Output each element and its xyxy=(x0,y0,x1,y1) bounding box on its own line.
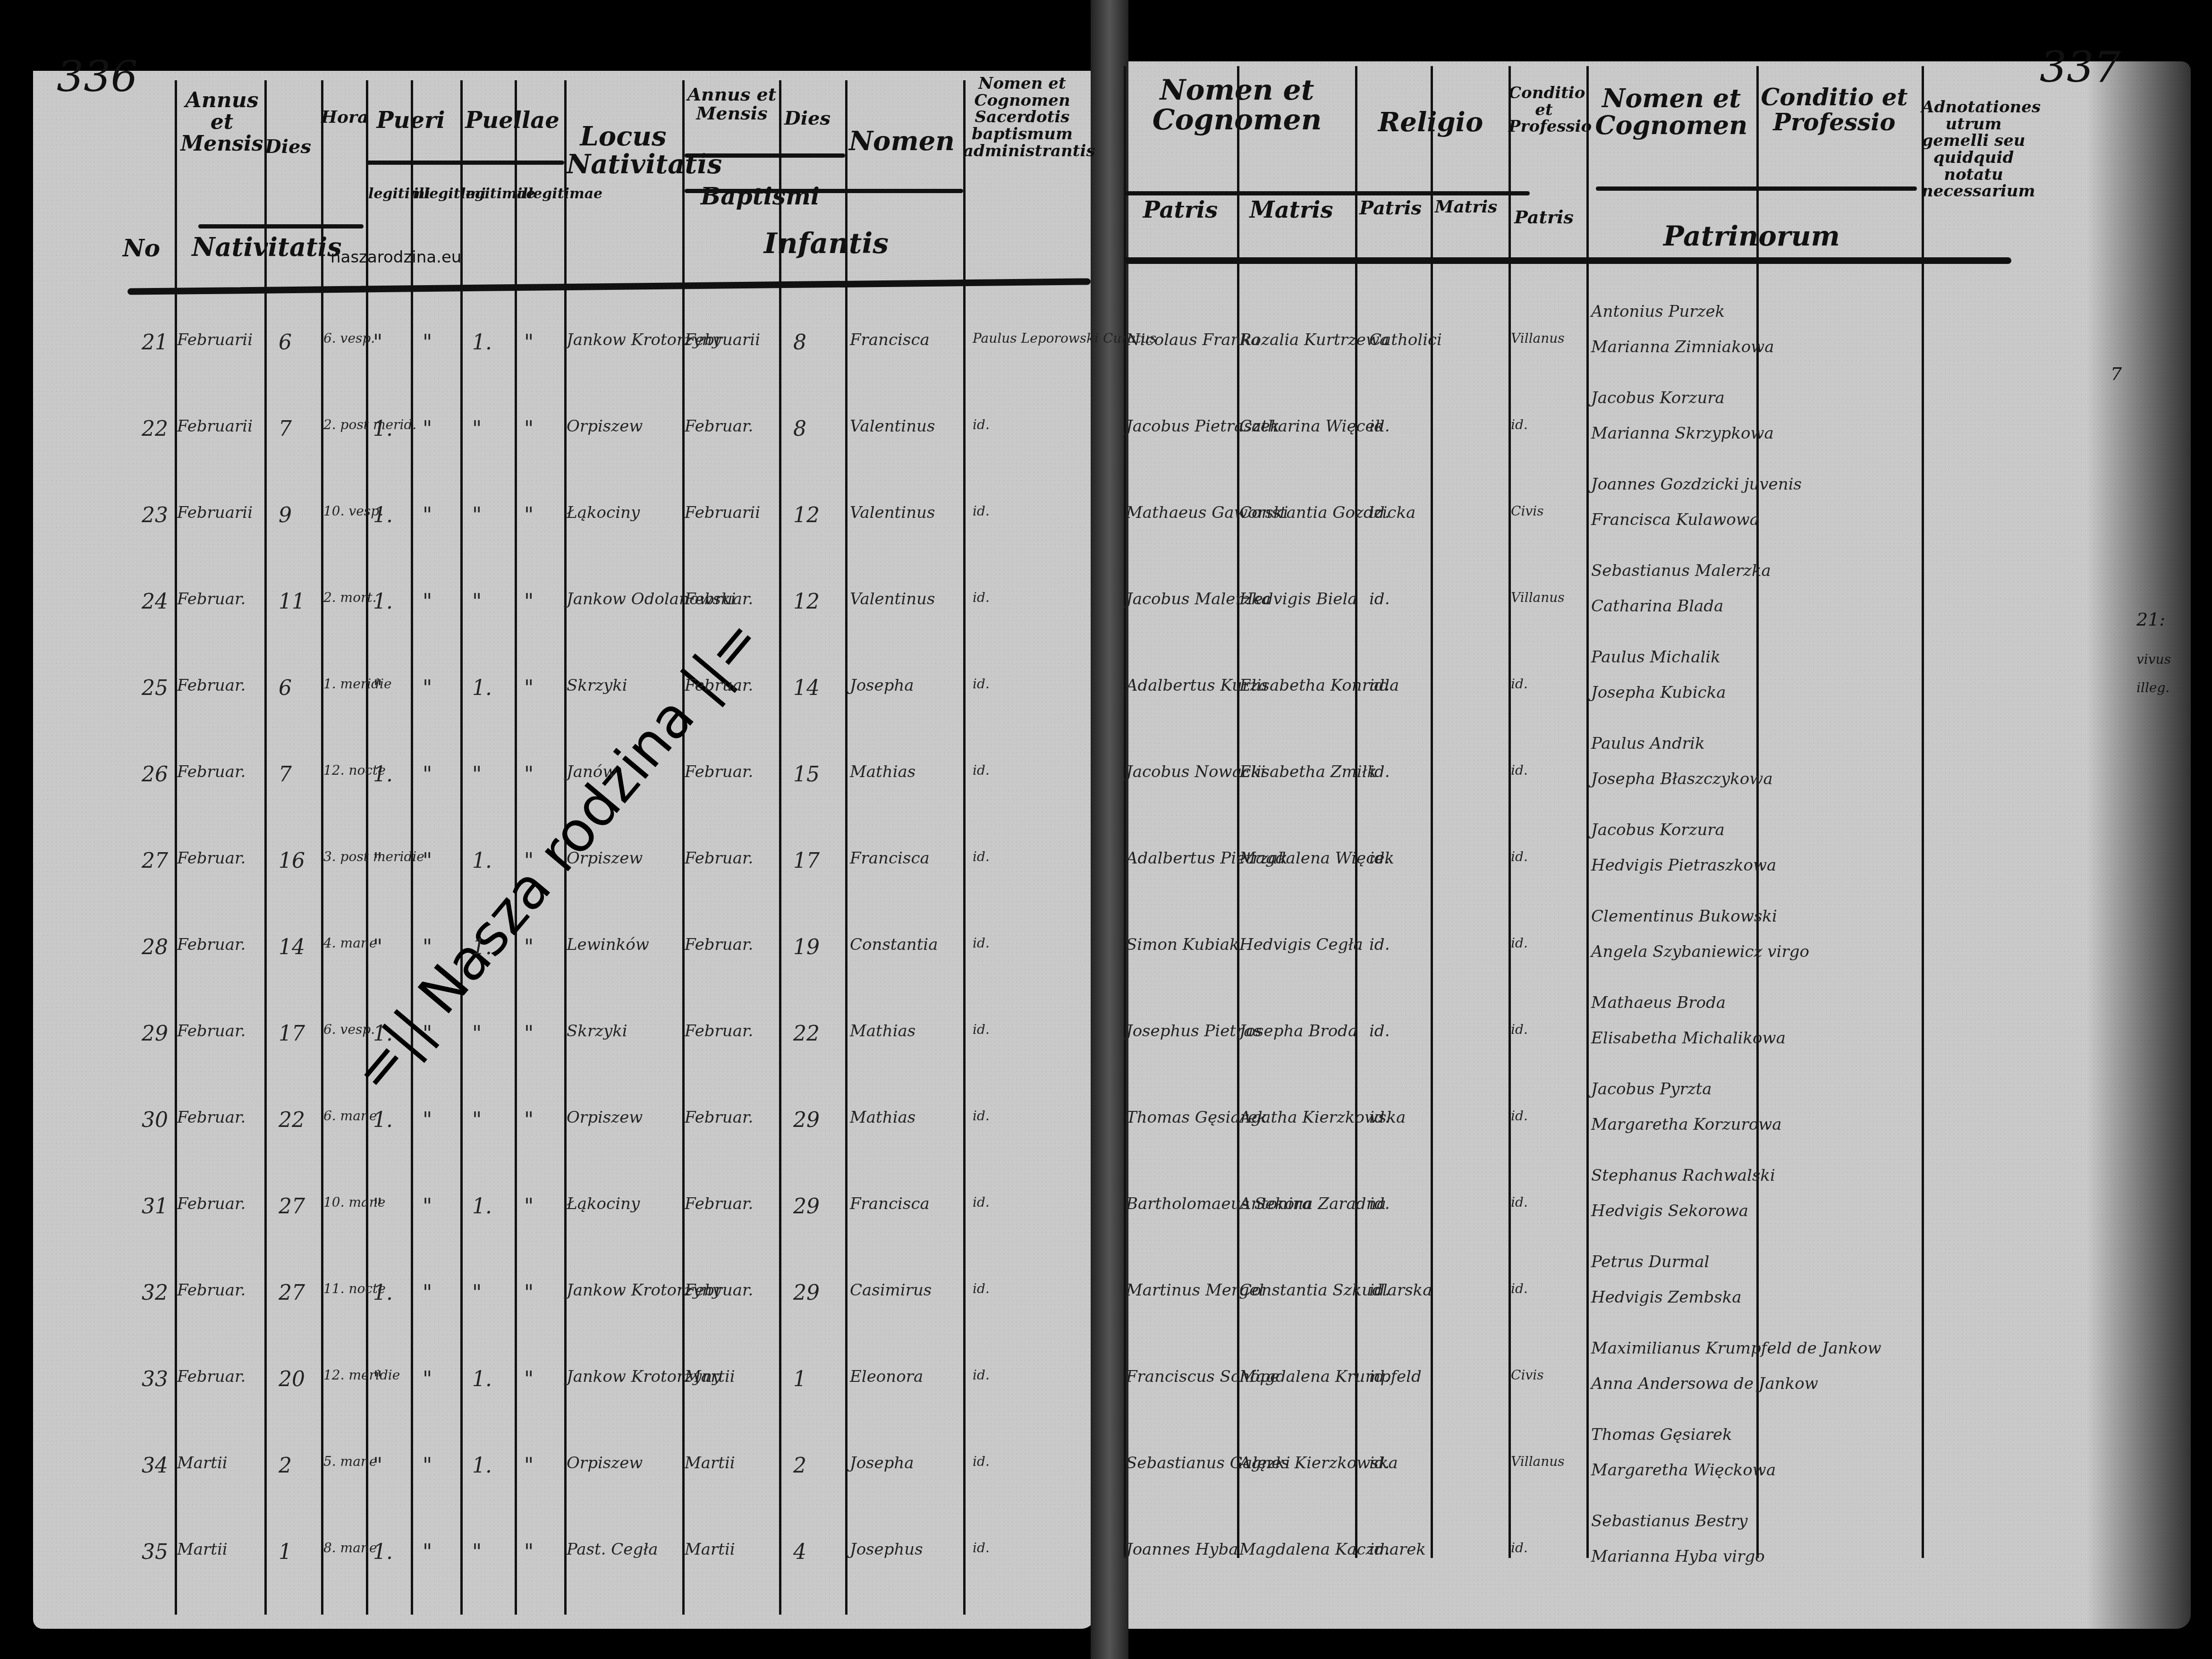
birth-day: 16 xyxy=(279,849,305,873)
boys-illegitimate: " xyxy=(423,417,432,441)
godmother-name: Francisca Kulawowa xyxy=(1591,510,1759,529)
baptism-month: Februarii xyxy=(685,330,760,349)
boys-legitimate: " xyxy=(373,1367,382,1391)
column-rule xyxy=(366,80,368,1615)
entry-number: 33 xyxy=(142,1367,168,1391)
religion-father: id. xyxy=(1369,1454,1390,1473)
header-rule xyxy=(685,189,963,193)
girls-illegitimate: " xyxy=(524,935,534,959)
header-legitimi: legitimi xyxy=(368,186,411,202)
godmother-name: Anna Andersowa de Jankow xyxy=(1591,1374,1818,1393)
boys-legitimate: 1. xyxy=(373,1540,393,1564)
entry-number: 34 xyxy=(142,1454,168,1478)
entry-number: 28 xyxy=(142,935,168,959)
baptism-month: Martii xyxy=(685,1540,735,1559)
godmother-name: Hedvigis Pietraszkowa xyxy=(1591,856,1776,875)
mother-name: Magdalena Krumpfeld xyxy=(1239,1367,1422,1386)
baptism-month: Februar. xyxy=(685,935,753,954)
father-name: Simon Kubiak xyxy=(1126,935,1239,954)
header-locus-nativitatis: Locus Nativitatis xyxy=(567,123,680,178)
mother-name: Magdalena Kaczmarek xyxy=(1239,1540,1426,1559)
baptism-month: Februar. xyxy=(685,1022,753,1041)
baptism-day: 29 xyxy=(793,1194,820,1219)
baptism-day: 8 xyxy=(793,417,806,441)
header-bottom-rule-right xyxy=(1124,257,2011,264)
religion-father: id. xyxy=(1369,590,1390,609)
godmother-name: Margaretha Korzurowa xyxy=(1591,1115,1782,1134)
religion-father: Catholici xyxy=(1369,330,1442,349)
godmother-name: Marianna Zimniakowa xyxy=(1591,338,1774,356)
godfather-name: Clementinus Bukowski xyxy=(1591,907,1777,926)
column-rule xyxy=(1509,66,1511,1558)
father-name: Joannes Hyba xyxy=(1126,1540,1238,1559)
mother-name: Rozalia Kurtrzewa xyxy=(1239,330,1389,349)
priest-name: id. xyxy=(973,1281,990,1296)
column-rule xyxy=(1355,66,1357,1558)
baptism-month: Februar. xyxy=(685,417,753,436)
religion-father: id. xyxy=(1369,676,1390,695)
boys-legitimate: " xyxy=(373,1194,382,1219)
father-condition: Civis xyxy=(1511,503,1544,519)
header-patris: Patris xyxy=(1124,198,1237,222)
header-adnotationes: Adnotationes utrum gemelli seu quidquid … xyxy=(1922,99,2026,200)
baptism-day: 14 xyxy=(793,676,820,700)
birth-place: Skrzyki xyxy=(567,1022,627,1041)
girls-illegitimate: " xyxy=(524,1108,534,1132)
girls-illegitimate: " xyxy=(524,503,534,527)
birth-month: Martii xyxy=(177,1540,228,1559)
column-rule xyxy=(264,80,267,1615)
birth-day: 14 xyxy=(279,935,305,959)
birth-day: 6 xyxy=(279,330,292,355)
girls-legitimate: " xyxy=(472,762,482,787)
girls-legitimate: 1. xyxy=(472,935,492,959)
column-rule xyxy=(411,80,413,1615)
godfather-name: Paulus Michalik xyxy=(1591,648,1720,667)
priest-name: id. xyxy=(973,1454,990,1469)
baptism-month: Februar. xyxy=(685,849,753,868)
boys-legitimate: 1. xyxy=(373,503,393,527)
column-rule xyxy=(1756,66,1759,1558)
infant-name: Francisca xyxy=(850,330,930,349)
baptism-day: 19 xyxy=(793,935,820,959)
boys-illegitimate: " xyxy=(423,1022,432,1046)
girls-illegitimate: " xyxy=(524,676,534,700)
boys-illegitimate: " xyxy=(423,1108,432,1132)
birth-hour: 12. meridie xyxy=(323,1367,400,1383)
girls-legitimate: 1. xyxy=(472,1194,492,1219)
baptism-day: 29 xyxy=(793,1108,820,1132)
infant-name: Mathias xyxy=(850,1022,915,1041)
column-rule xyxy=(1237,66,1239,1558)
header-conditio-patris-sub: Patris xyxy=(1509,208,1579,227)
header-patrinorum: Patrinorum xyxy=(1586,222,1917,251)
baptism-day: 8 xyxy=(793,330,806,355)
baptism-day: 15 xyxy=(793,762,820,787)
header-patrini-nomen: Nomen et Cognomen xyxy=(1586,85,1756,138)
boys-illegitimate: " xyxy=(423,503,432,527)
godfather-name: Petrus Durmal xyxy=(1591,1253,1709,1271)
birth-day: 1 xyxy=(279,1540,292,1564)
godfather-name: Antonius Purzek xyxy=(1591,302,1725,321)
boys-legitimate: 1. xyxy=(373,762,393,787)
godfather-name: Sebastianus Malerzka xyxy=(1591,561,1771,580)
religion-father: id. xyxy=(1369,1540,1390,1559)
header-dies-nativitatis: Dies xyxy=(264,137,312,157)
godmother-name: Marianna Skrzypkowa xyxy=(1591,424,1774,443)
baptism-month: Martii xyxy=(685,1367,735,1386)
header-nomen: Nomen xyxy=(845,127,958,155)
birth-hour: 6. vesp. xyxy=(323,330,375,346)
birth-place: Janów xyxy=(567,762,616,781)
boys-legitimate: 1. xyxy=(373,1281,393,1305)
father-condition: Villanus xyxy=(1511,1454,1565,1469)
birth-month: Februar. xyxy=(177,935,246,954)
godmother-name: Josepha Błaszczykowa xyxy=(1591,770,1773,788)
entry-number: 23 xyxy=(142,503,168,527)
header-religio-patris: Patris xyxy=(1355,198,1426,218)
margin-note: 7 xyxy=(2110,364,2122,384)
birth-day: 27 xyxy=(279,1281,305,1305)
boys-illegitimate: " xyxy=(423,1281,432,1305)
girls-illegitimate: " xyxy=(524,590,534,614)
column-rule xyxy=(515,80,517,1615)
religion-father: id. xyxy=(1369,1194,1390,1213)
header-patrini-conditio: Conditio et Professio xyxy=(1756,85,1912,135)
godmother-name: Margaretha Więckowa xyxy=(1591,1461,1776,1480)
father-condition: id. xyxy=(1511,935,1528,951)
birth-month: Februar. xyxy=(177,1367,246,1386)
birth-place: Łąkociny xyxy=(567,503,640,522)
birth-hour: 8. mane xyxy=(323,1540,377,1556)
margin-note: 21: xyxy=(2136,609,2165,630)
godfather-name: Jacobus Pyrzta xyxy=(1591,1080,1712,1099)
birth-day: 17 xyxy=(279,1022,305,1046)
header-illegitimi: illegitimi xyxy=(413,186,456,202)
birth-day: 7 xyxy=(279,417,292,441)
godmother-name: Hedvigis Zembska xyxy=(1591,1288,1742,1307)
boys-illegitimate: " xyxy=(423,762,432,787)
column-rule xyxy=(779,80,781,1615)
mother-name: Josepha Broda xyxy=(1239,1022,1357,1041)
girls-legitimate: 1. xyxy=(472,1454,492,1478)
mother-name: Hedvigis Biela xyxy=(1239,590,1357,609)
father-condition: Villanus xyxy=(1511,330,1565,346)
birth-day: 2 xyxy=(279,1454,292,1478)
priest-name: id. xyxy=(973,1367,990,1383)
header-illegitimae: illegitimae xyxy=(517,186,564,202)
religion-father: id. xyxy=(1369,417,1390,436)
godmother-name: Elisabetha Michalikowa xyxy=(1591,1029,1786,1048)
religion-father: id. xyxy=(1369,1281,1390,1300)
entry-number: 30 xyxy=(142,1108,168,1132)
birth-hour: 2. mort. xyxy=(323,590,377,605)
boys-illegitimate: " xyxy=(423,1194,432,1219)
entry-number: 26 xyxy=(142,762,168,787)
baptism-month: Februarii xyxy=(685,503,760,522)
birth-month: Februar. xyxy=(177,1022,246,1041)
infant-name: Francisca xyxy=(850,849,930,868)
birth-place: Skrzyki xyxy=(567,676,627,695)
column-rule xyxy=(1922,66,1924,1558)
boys-legitimate: 1. xyxy=(373,1022,393,1046)
father-condition: Civis xyxy=(1511,1367,1544,1383)
book-gutter xyxy=(1091,0,1128,1659)
priest-name: id. xyxy=(973,676,990,692)
godfather-name: Joannes Gozdzicki juvenis xyxy=(1591,475,1802,494)
baptism-month: Martii xyxy=(685,1454,735,1473)
girls-illegitimate: " xyxy=(524,762,534,787)
girls-illegitimate: " xyxy=(524,1022,534,1046)
column-rule xyxy=(1586,66,1589,1558)
margin-note: illeg. xyxy=(2136,680,2170,695)
boys-legitimate: 1. xyxy=(373,590,393,614)
birth-month: Februarii xyxy=(177,417,253,436)
boys-illegitimate: " xyxy=(423,1454,432,1478)
priest-name: id. xyxy=(973,1540,990,1556)
baptism-day: 17 xyxy=(793,849,820,873)
religion-father: id. xyxy=(1369,762,1390,781)
father-condition: id. xyxy=(1511,1022,1528,1037)
birth-hour: 2. post merid. xyxy=(323,417,416,432)
religion-father: id. xyxy=(1369,1367,1390,1386)
father-condition: id. xyxy=(1511,762,1528,778)
header-rule xyxy=(366,161,564,165)
religion-father: id. xyxy=(1369,849,1390,868)
header-religio-matris: Matris xyxy=(1431,198,1501,216)
birth-month: Februar. xyxy=(177,590,246,609)
father-condition: id. xyxy=(1511,1281,1528,1296)
entry-number: 32 xyxy=(142,1281,168,1305)
column-rule xyxy=(1124,66,1126,1558)
godfather-name: Mathaeus Broda xyxy=(1591,993,1726,1012)
infant-name: Josepha xyxy=(850,1454,914,1473)
boys-illegitimate: " xyxy=(423,590,432,614)
birth-place: Łąkociny xyxy=(567,1194,640,1213)
girls-illegitimate: " xyxy=(524,1194,534,1219)
girls-legitimate: 1. xyxy=(472,676,492,700)
birth-day: 7 xyxy=(279,762,292,787)
birth-hour: 6. vesp. xyxy=(323,1022,375,1037)
girls-legitimate: " xyxy=(472,590,482,614)
girls-legitimate: 1. xyxy=(472,330,492,355)
priest-name: id. xyxy=(973,849,990,864)
header-rule xyxy=(1124,191,1530,195)
priest-name: id. xyxy=(973,417,990,432)
boys-legitimate: " xyxy=(373,330,382,355)
birth-month: Martii xyxy=(177,1454,228,1473)
priest-name: id. xyxy=(973,935,990,951)
birth-place: Orpiszew xyxy=(567,1108,643,1127)
girls-illegitimate: " xyxy=(524,330,534,355)
girls-legitimate: " xyxy=(472,503,482,527)
birth-month: Februar. xyxy=(177,1281,246,1300)
boys-illegitimate: " xyxy=(423,330,432,355)
entry-number: 27 xyxy=(142,849,168,873)
father-condition: Villanus xyxy=(1511,590,1565,605)
godmother-name: Catharina Blada xyxy=(1591,597,1723,616)
boys-legitimate: 1. xyxy=(373,1108,393,1132)
birth-month: Februarii xyxy=(177,330,253,349)
girls-illegitimate: " xyxy=(524,417,534,441)
godfather-name: Sebastianus Bestry xyxy=(1591,1512,1747,1531)
girls-illegitimate: " xyxy=(524,849,534,873)
baptism-month: Februar. xyxy=(685,590,753,609)
religion-father: id. xyxy=(1369,1108,1390,1127)
birth-place: Past. Cegła xyxy=(567,1540,658,1559)
priest-name: id. xyxy=(973,1022,990,1037)
mother-name: Antonina Zaradna xyxy=(1239,1194,1386,1213)
girls-illegitimate: " xyxy=(524,1454,534,1478)
boys-illegitimate: " xyxy=(423,935,432,959)
birth-month: Februarii xyxy=(177,503,253,522)
priest-name: id. xyxy=(973,1194,990,1210)
header-no: No xyxy=(123,236,156,261)
birth-place: Lewinków xyxy=(567,935,649,954)
baptism-day: 1 xyxy=(793,1367,806,1391)
column-rule xyxy=(460,80,463,1615)
left-page-number: 336 xyxy=(57,52,138,102)
boys-illegitimate: " xyxy=(423,676,432,700)
girls-legitimate: " xyxy=(472,417,482,441)
baptism-day: 12 xyxy=(793,590,820,614)
header-matris: Matris xyxy=(1237,198,1346,222)
infant-name: Eleonora xyxy=(850,1367,923,1386)
birth-place: Orpiszew xyxy=(567,1454,643,1473)
girls-legitimate: 1. xyxy=(472,849,492,873)
boys-legitimate: " xyxy=(373,1454,382,1478)
religion-father: id. xyxy=(1369,935,1390,954)
header-annus-mensis-nativitatis: Annus et Mensis xyxy=(175,90,269,155)
birth-day: 22 xyxy=(279,1108,305,1132)
header-hora: Hora xyxy=(321,109,364,127)
godfather-name: Stephanus Rachwalski xyxy=(1591,1166,1775,1185)
mother-name: Elisabetha Zmiłk xyxy=(1239,762,1377,781)
godfather-name: Thomas Gęsiarek xyxy=(1591,1425,1732,1444)
mother-name: Constantia Szkudlarska xyxy=(1239,1281,1432,1300)
boys-legitimate: 1. xyxy=(373,417,393,441)
father-condition: id. xyxy=(1511,1194,1528,1210)
infant-name: Valentinus xyxy=(850,590,935,609)
priest-name: id. xyxy=(973,590,990,605)
baptism-month: Februar. xyxy=(685,762,753,781)
priest-name: id. xyxy=(973,762,990,778)
girls-legitimate: 1. xyxy=(472,1367,492,1391)
infant-name: Valentinus xyxy=(850,503,935,522)
father-condition: id. xyxy=(1511,417,1528,432)
baptism-day: 4 xyxy=(793,1540,806,1564)
right-page-number: 337 xyxy=(2040,42,2121,92)
entry-number: 25 xyxy=(142,676,168,700)
father-condition: id. xyxy=(1511,1108,1528,1124)
birth-day: 20 xyxy=(279,1367,305,1391)
birth-month: Februar. xyxy=(177,1108,246,1127)
column-rule xyxy=(845,80,848,1615)
girls-legitimate: " xyxy=(472,1108,482,1132)
birth-day: 11 xyxy=(279,590,305,614)
birth-hour: 6. mane xyxy=(323,1108,377,1124)
column-rule xyxy=(1431,66,1433,1558)
godmother-name: Josepha Kubicka xyxy=(1591,683,1726,702)
boys-illegitimate: " xyxy=(423,1367,432,1391)
entry-number: 22 xyxy=(142,417,168,441)
godmother-name: Hedvigis Sekorowa xyxy=(1591,1202,1748,1220)
priest-name: id. xyxy=(973,1108,990,1124)
godmother-name: Marianna Hyba virgo xyxy=(1591,1547,1765,1566)
birth-day: 27 xyxy=(279,1194,305,1219)
header-conditio-patris: Conditio et Professio xyxy=(1509,85,1579,135)
boys-legitimate: " xyxy=(373,676,382,700)
birth-hour: 5. mane xyxy=(323,1454,377,1469)
infant-name: Constantia xyxy=(850,935,938,954)
birth-day: 6 xyxy=(279,676,292,700)
godfather-name: Jacobus Korzura xyxy=(1591,389,1725,407)
infant-name: Casimirus xyxy=(850,1281,932,1300)
boys-legitimate: " xyxy=(373,935,382,959)
header-infantis: Infantis xyxy=(689,229,963,259)
religion-father: id. xyxy=(1369,503,1390,522)
birth-month: Februar. xyxy=(177,676,246,695)
column-rule xyxy=(963,80,966,1615)
godmother-name: Angela Szybaniewicz virgo xyxy=(1591,942,1809,961)
entry-number: 31 xyxy=(142,1194,168,1219)
infant-name: Mathias xyxy=(850,1108,915,1127)
father-condition: id. xyxy=(1511,676,1528,692)
baptism-day: 29 xyxy=(793,1281,820,1305)
boys-illegitimate: " xyxy=(423,1540,432,1564)
infant-name: Valentinus xyxy=(850,417,935,436)
girls-legitimate: " xyxy=(472,1540,482,1564)
infant-name: Josephus xyxy=(850,1540,923,1559)
godfather-name: Maximilianus Krumpfeld de Jankow xyxy=(1591,1339,1881,1358)
birth-month: Februar. xyxy=(177,762,246,781)
baptism-day: 22 xyxy=(793,1022,820,1046)
header-legitimae: legitimae xyxy=(460,186,508,202)
baptism-day: 2 xyxy=(793,1454,806,1478)
birth-month: Februar. xyxy=(177,849,246,868)
girls-legitimate: " xyxy=(472,1281,482,1305)
birth-month: Februar. xyxy=(177,1194,246,1213)
header-rule xyxy=(198,224,364,229)
entry-number: 29 xyxy=(142,1022,168,1046)
birth-day: 9 xyxy=(279,503,292,527)
religion-father: id. xyxy=(1369,1022,1390,1041)
baptism-day: 12 xyxy=(793,503,820,527)
priest-name: id. xyxy=(973,503,990,519)
mother-name: Hedvigis Cegła xyxy=(1239,935,1363,954)
birth-place: Orpiszew xyxy=(567,417,643,436)
header-dies-baptismi: Dies xyxy=(784,109,831,128)
father-condition: id. xyxy=(1511,849,1528,864)
entry-number: 24 xyxy=(142,590,168,614)
entry-number: 35 xyxy=(142,1540,168,1564)
birth-hour: 4. mane xyxy=(323,935,377,951)
header-baptismi: Baptismi xyxy=(689,184,831,209)
infant-name: Josepha xyxy=(850,676,914,695)
girls-illegitimate: " xyxy=(524,1281,534,1305)
father-condition: id. xyxy=(1511,1540,1528,1556)
girls-illegitimate: " xyxy=(524,1540,534,1564)
binding-shadow xyxy=(2087,61,2191,1629)
baptism-month: Februar. xyxy=(685,1108,753,1127)
infant-name: Francisca xyxy=(850,1194,930,1213)
baptism-month: Februar. xyxy=(685,676,753,695)
girls-legitimate: " xyxy=(472,1022,482,1046)
header-sacerdos: Nomen et Cognomen Sacerdotis baptismum a… xyxy=(963,76,1081,160)
column-rule xyxy=(321,80,323,1615)
header-rule xyxy=(685,153,845,158)
godfather-name: Paulus Andrik xyxy=(1591,734,1705,753)
